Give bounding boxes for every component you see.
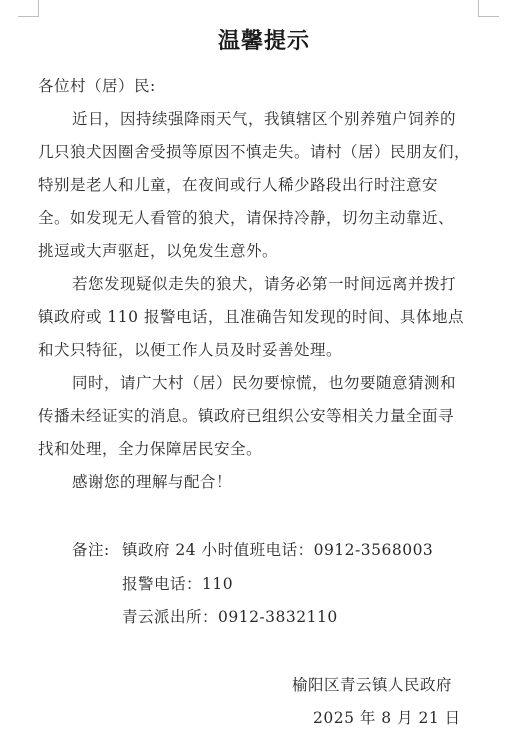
paragraph-3-line-2: 传播未经证实的消息。镇政府已组织公安等相关力量全面寻 <box>38 404 454 426</box>
thanks-line: 感谢您的理解与配合！ <box>72 470 232 492</box>
note-police-hotline: 报警电话：110 <box>122 572 233 594</box>
paragraph-2-line-2: 镇政府或 110 报警电话，且准确告知发现的时间、具体地点 <box>38 305 464 327</box>
note-police-station: 青云派出所：0912-3832110 <box>122 605 338 627</box>
document-title: 温馨提示 <box>0 24 528 55</box>
signature-organization: 榆阳区青云镇人民政府 <box>292 673 452 695</box>
paragraph-3-line-3: 找和处理，全力保障居民安全。 <box>38 437 262 459</box>
note-town-hotline: 镇政府 24 小时值班电话：0912-3568003 <box>122 538 433 560</box>
salutation: 各位村（居）民: <box>38 74 156 96</box>
paragraph-2-line-3: 和犬只特征，以便工作人员及时妥善处理。 <box>38 338 342 360</box>
paragraph-2-line-1: 若您发现疑似走失的狼犬，请务必第一时间远离并拨打 <box>72 272 456 294</box>
page-corner-mark-top-right <box>478 0 499 17</box>
notes-label: 备注: <box>72 538 110 560</box>
paragraph-1-line-2: 几只狼犬因圈舍受损等原因不慎走失。请村（居）民朋友们， <box>38 140 470 162</box>
page-corner-mark-top-left <box>18 0 39 17</box>
paragraph-1-line-4: 全。如发现无人看管的狼犬，请保持冷静，切勿主动靠近、 <box>38 206 454 228</box>
paragraph-1-line-5: 挑逗或大声驱赶，以免发生意外。 <box>38 239 278 261</box>
paragraph-3-line-1: 同时，请广大村（居）民勿要惊慌，也勿要随意猜测和 <box>72 371 456 393</box>
paragraph-1-line-3: 特别是老人和儿童，在夜间或行人稀少路段出行时注意安 <box>38 173 438 195</box>
signature-date: 2025 年 8 月 21 日 <box>313 706 461 728</box>
paragraph-1-line-1: 近日，因持续强降雨天气，我镇辖区个别养殖户饲养的 <box>72 107 456 129</box>
